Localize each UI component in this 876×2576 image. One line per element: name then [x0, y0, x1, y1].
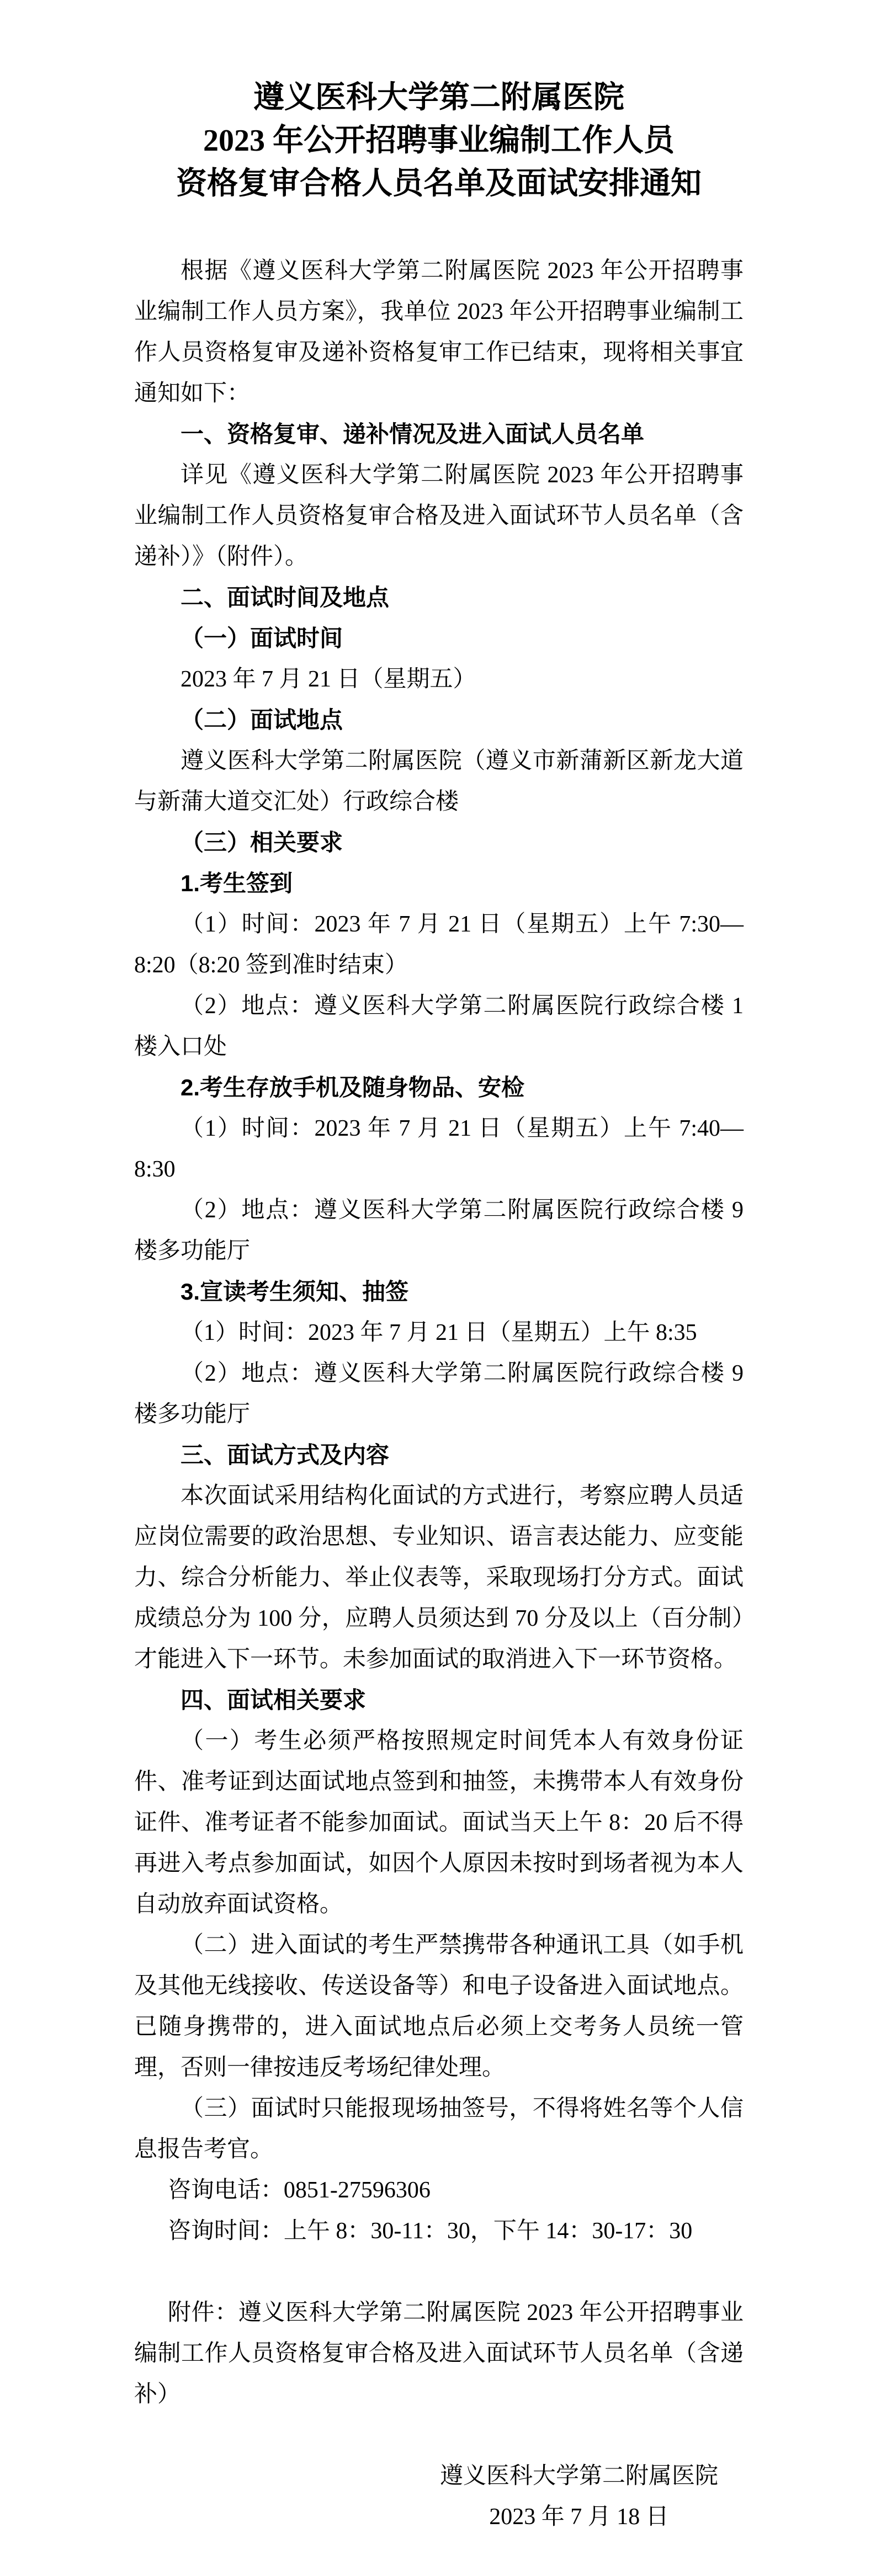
section-heading: 二、面试时间及地点 — [134, 577, 744, 618]
section-heading: （一）面试时间 — [134, 618, 744, 659]
paragraph: （1）时间：2023 年 7 月 21 日（星期五）上午 8:35 — [134, 1312, 744, 1353]
section-heading: 三、面试方式及内容 — [134, 1435, 744, 1476]
document-title-line-2: 2023 年公开招聘事业编制工作人员 — [134, 119, 744, 162]
section-heading: 一、资格复审、递补情况及进入面试人员名单 — [134, 414, 744, 455]
paragraph: 2023 年 7 月 21 日（星期五） — [134, 659, 744, 700]
signature-block: 遵义医科大学第二附属医院 2023 年 7 月 18 日 — [134, 2456, 744, 2537]
paragraph: 咨询电话：0851-27596306 — [134, 2170, 744, 2211]
section-heading: 1.考生签到 — [134, 863, 744, 904]
document-title: 遵义医科大学第二附属医院 2023 年公开招聘事业编制工作人员 资格复审合格人员… — [134, 76, 744, 205]
paragraph: （1）时间：2023 年 7 月 21 日（星期五）上午 7:40—8:30 — [134, 1108, 744, 1190]
notice-document-page: 遵义医科大学第二附属医院 2023 年公开招聘事业编制工作人员 资格复审合格人员… — [0, 0, 876, 2576]
paragraph: （三）面试时只能报现场抽签号，不得将姓名等个人信息报告考官。 — [134, 2088, 744, 2170]
paragraph: （一）考生必须严格按照规定时间凭本人有效身份证件、准考证到达面试地点签到和抽签，… — [134, 1721, 744, 1925]
paragraph: （2）地点：遵义医科大学第二附属医院行政综合楼 1 楼入口处 — [134, 986, 744, 1067]
section-heading: 四、面试相关要求 — [134, 1680, 744, 1721]
paragraph: 详见《遵义医科大学第二附属医院 2023 年公开招聘事业编制工作人员资格复审合格… — [134, 455, 744, 577]
signature-date: 2023 年 7 月 18 日 — [415, 2497, 744, 2537]
section-heading: 3.宣读考生须知、抽签 — [134, 1271, 744, 1312]
document-title-line-1: 遵义医科大学第二附属医院 — [134, 76, 744, 119]
paragraph: （2）地点：遵义医科大学第二附属医院行政综合楼 9 楼多功能厅 — [134, 1353, 744, 1435]
section-heading: （三）相关要求 — [134, 822, 744, 863]
paragraph: （2）地点：遵义医科大学第二附属医院行政综合楼 9 楼多功能厅 — [134, 1190, 744, 1271]
paragraph: 遵义医科大学第二附属医院（遵义市新蒲新区新龙大道与新蒲大道交汇处）行政综合楼 — [134, 741, 744, 822]
signature-organization: 遵义医科大学第二附属医院 — [415, 2456, 744, 2497]
paragraph: （1）时间：2023 年 7 月 21 日（星期五）上午 7:30—8:20（8… — [134, 904, 744, 986]
document-body: 根据《遵义医科大学第二附属医院 2023 年公开招聘事业编制工作人员方案》，我单… — [134, 251, 744, 2415]
paragraph: 根据《遵义医科大学第二附属医院 2023 年公开招聘事业编制工作人员方案》，我单… — [134, 251, 744, 414]
document-title-line-3: 资格复审合格人员名单及面试安排通知 — [134, 162, 744, 205]
section-heading: 2.考生存放手机及随身物品、安检 — [134, 1067, 744, 1108]
section-heading: （二）面试地点 — [134, 700, 744, 741]
paragraph: （二）进入面试的考生严禁携带各种通讯工具（如手机及其他无线接收、传送设备等）和电… — [134, 1925, 744, 2088]
paragraph: 咨询时间：上午 8：30-11：30，下午 14：30-17：30 — [134, 2211, 744, 2252]
paragraph: 附件：遵义医科大学第二附属医院 2023 年公开招聘事业编制工作人员资格复审合格… — [134, 2292, 744, 2415]
document-content: 遵义医科大学第二附属医院 2023 年公开招聘事业编制工作人员 资格复审合格人员… — [0, 0, 876, 2537]
paragraph: 本次面试采用结构化面试的方式进行，考察应聘人员适应岗位需要的政治思想、专业知识、… — [134, 1476, 744, 1680]
